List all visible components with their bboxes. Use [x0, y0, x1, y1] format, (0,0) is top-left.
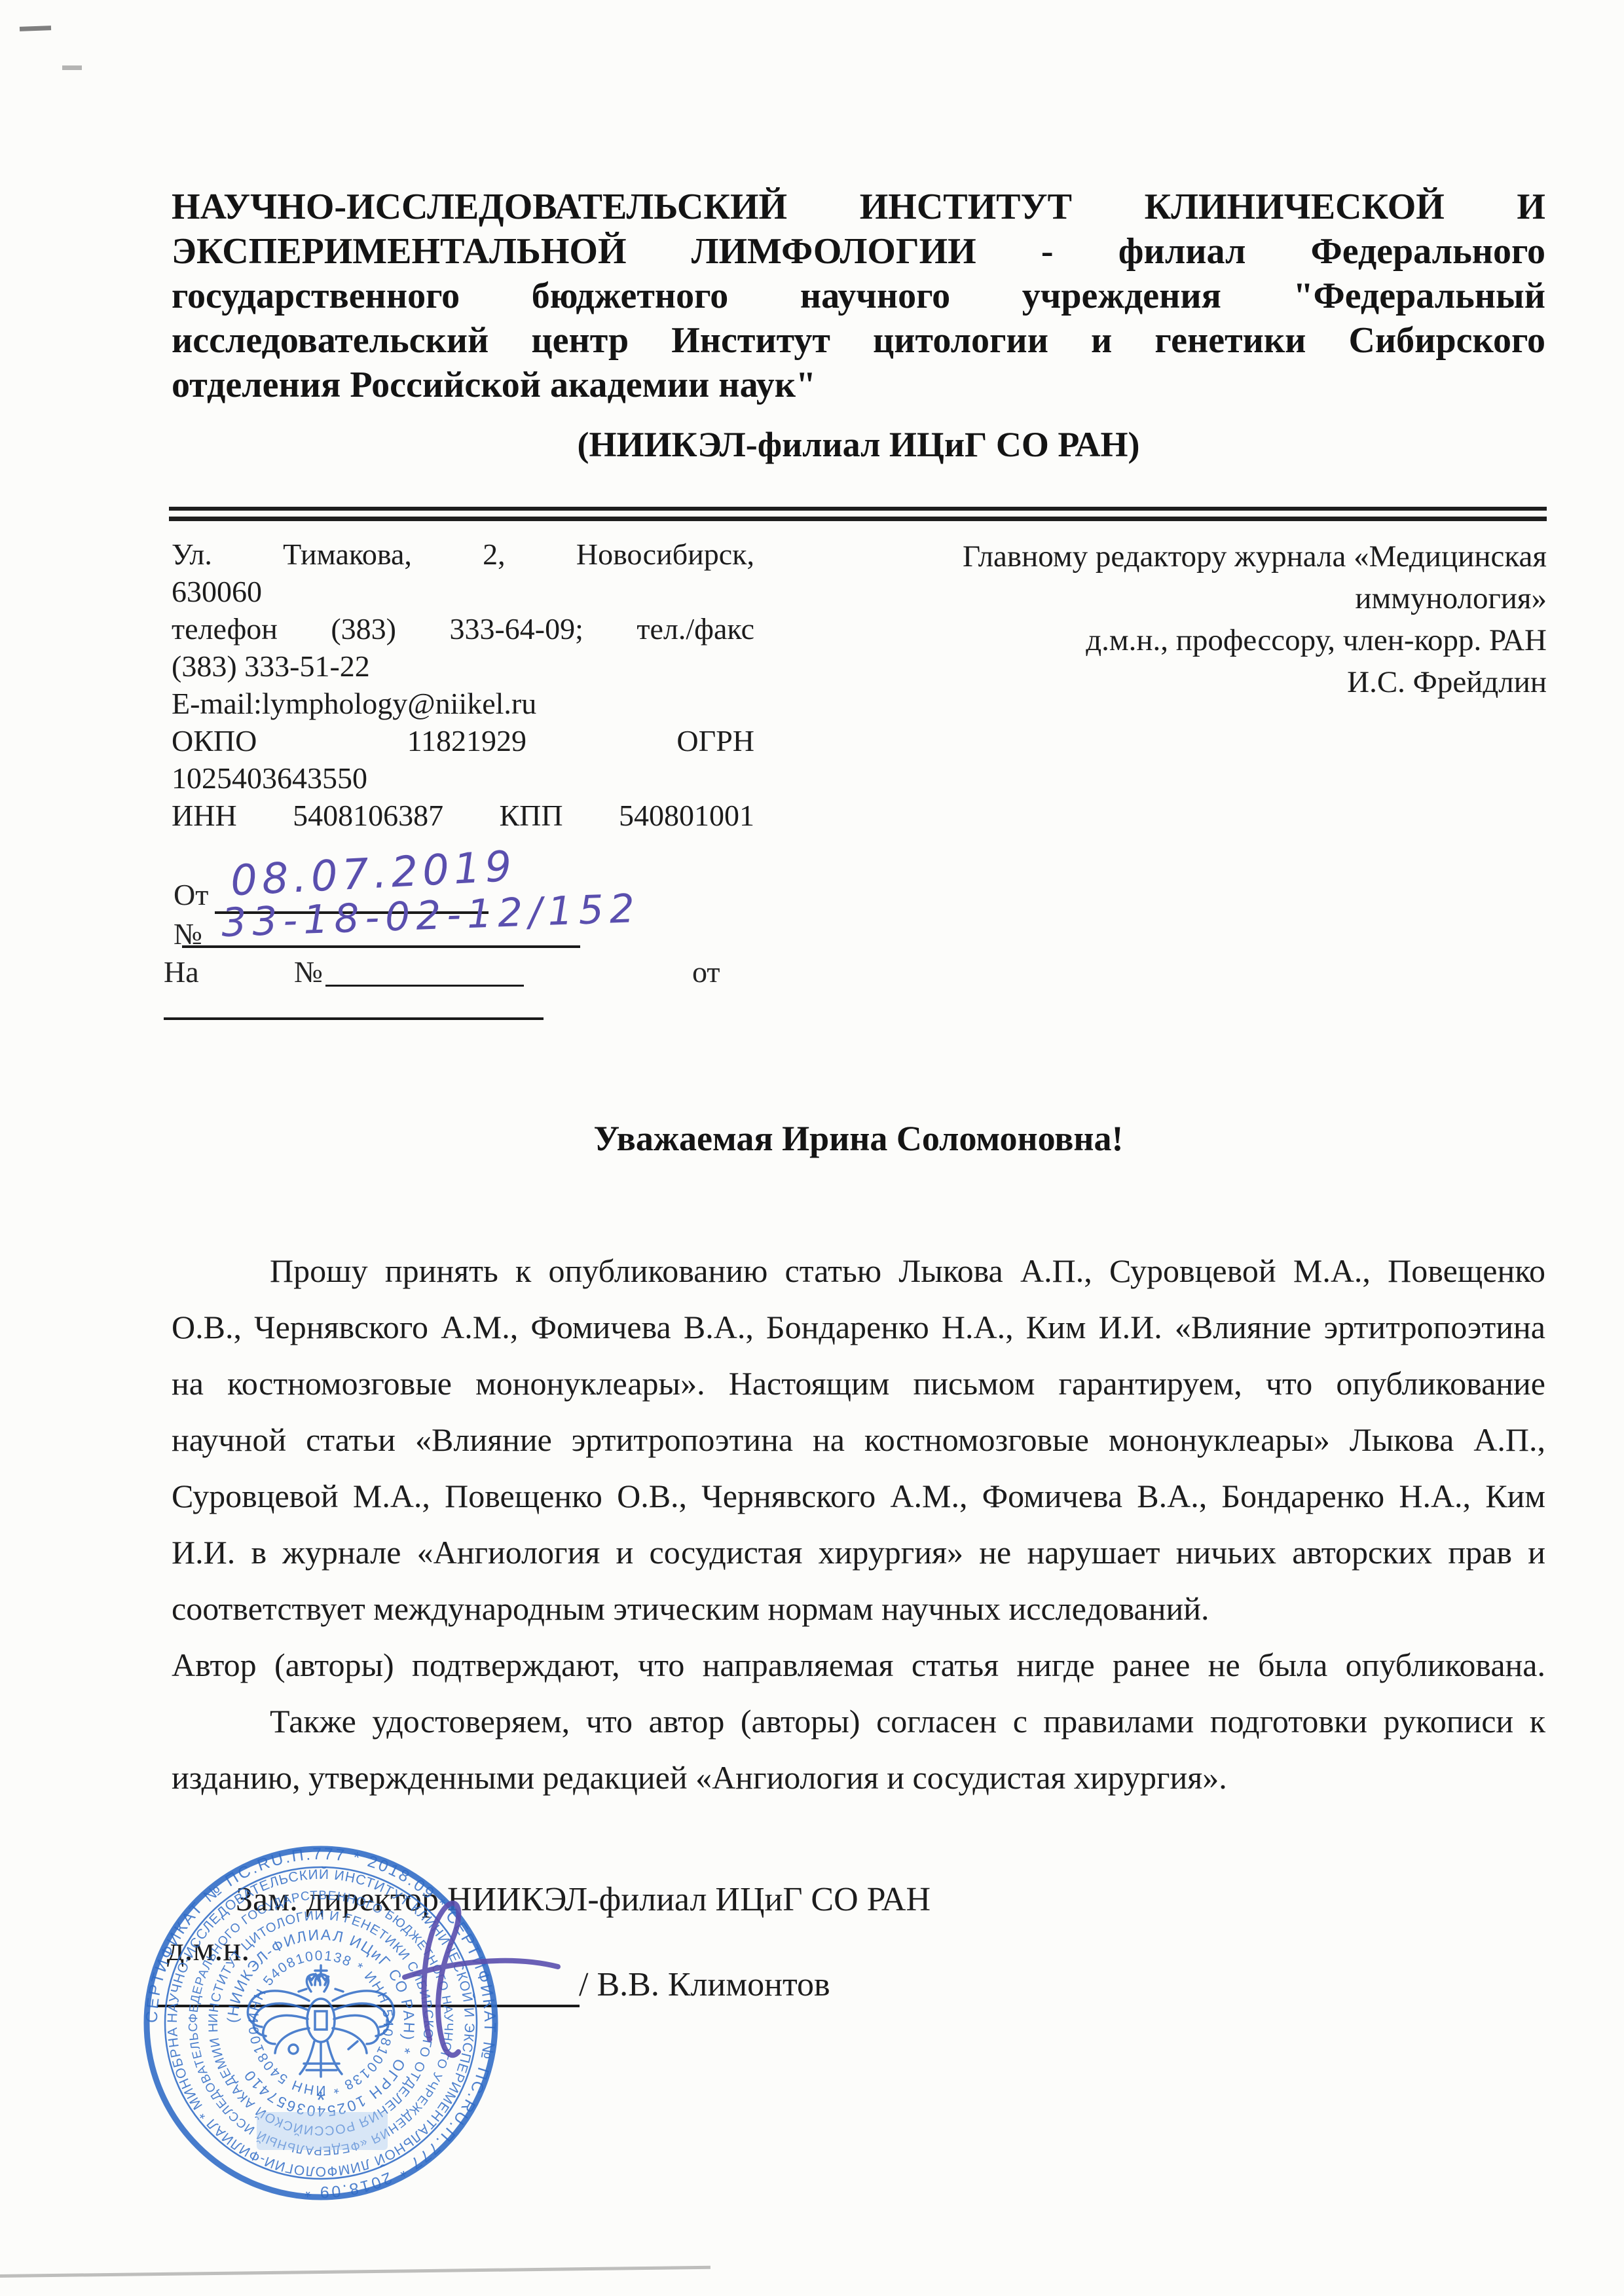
letterhead-line: ЭКСПЕРИМЕНТАЛЬНОЙ ЛИМФОЛОГИИ - филиал Фе… — [172, 229, 1545, 274]
contact-line: телефон (383) 333-64-09; тел./факс — [172, 610, 754, 647]
body-line: Суровцевой М.А., Повещенко О.В., Чернявс… — [172, 1468, 1545, 1524]
contact-line: Ул. Тимакова, 2, Новосибирск, — [172, 536, 754, 573]
handwritten-signature — [386, 1886, 583, 2075]
recipient-line: иммунология» — [863, 577, 1547, 619]
contact-line: 630060 — [172, 573, 754, 610]
number-underline — [182, 945, 580, 948]
reply-number-underline — [325, 985, 524, 987]
letterhead-divider-bottom — [169, 517, 1547, 521]
contact-line: ИНН 5408106387 КПП 540801001 — [172, 797, 754, 834]
body-line: изданию, утвержденными редакцией «Ангиол… — [172, 1749, 1545, 1806]
body-line: на костномозговые мононуклеары». Настоящ… — [172, 1355, 1545, 1412]
salutation: Уважаемая Ирина Соломоновна! — [172, 1118, 1545, 1159]
letterhead-short-name: (НИИКЭЛ-филиал ИЦиГ СО РАН) — [172, 424, 1545, 465]
stamp-hatch-band — [257, 2112, 388, 2150]
contact-line: ОКПО 11821929 ОГРН — [172, 722, 754, 759]
letterhead-line: отделения Российской академии наук" — [172, 363, 1545, 407]
letterhead-line: исследовательский центр Институт цитолог… — [172, 318, 1545, 363]
recipient-name: И.С. Фрейдлин — [863, 661, 1547, 703]
from-label: От — [174, 877, 208, 912]
body-line: соответствует международным этическим но… — [172, 1580, 1545, 1637]
contact-email: E-mail:lymphology@niikel.ru — [172, 685, 754, 722]
letterhead-divider-top — [169, 507, 1547, 511]
body-line: Прошу принять к опубликованию статью Лык… — [172, 1243, 1545, 1299]
stamp-center-mark: * — [316, 2086, 325, 2113]
reply-date-underline — [164, 1017, 544, 1020]
letter-body: Прошу принять к опубликованию статью Лык… — [172, 1243, 1545, 1806]
body-line: И.И. в журнале «Ангиология и сосудистая … — [172, 1524, 1545, 1580]
scan-corner-mark — [62, 65, 82, 70]
recipient-line: Главному редактору журнала «Медицинская — [863, 536, 1547, 577]
letterhead: НАУЧНО-ИССЛЕДОВАТЕЛЬСКИЙ ИНСТИТУТ КЛИНИЧ… — [172, 185, 1545, 465]
body-line: О.В., Чернявского А.М., Фомичева В.А., Б… — [172, 1299, 1545, 1355]
reply-from-label: от — [692, 955, 720, 989]
body-line: научной статьи «Влияние эртитропоэтина н… — [172, 1412, 1545, 1468]
letterhead-line: НАУЧНО-ИССЛЕДОВАТЕЛЬСКИЙ ИНСТИТУТ КЛИНИЧ… — [172, 185, 1545, 229]
body-line: Автор (авторы) подтверждают, что направл… — [172, 1637, 1545, 1693]
scanned-letter-page: НАУЧНО-ИССЛЕДОВАТЕЛЬСКИЙ ИНСТИТУТ КЛИНИЧ… — [0, 0, 1624, 2296]
contact-info-block: Ул. Тимакова, 2, Новосибирск, 630060 тел… — [172, 536, 754, 834]
recipient-line: д.м.н., профессору, член-корр. РАН — [863, 619, 1547, 661]
contact-line: 1025403643550 — [172, 759, 754, 797]
letterhead-line: государственного бюджетного научного учр… — [172, 274, 1545, 318]
body-line: Также удостоверяем, что автор (авторы) с… — [172, 1693, 1545, 1749]
reply-label: На — [164, 955, 199, 989]
scan-corner-mark — [20, 26, 51, 31]
recipient-block: Главному редактору журнала «Медицинская … — [863, 536, 1547, 703]
reply-number-label: № — [294, 955, 323, 989]
scan-artifact-line — [0, 2266, 710, 2278]
contact-line: (383) 333-51-22 — [172, 647, 754, 685]
signer-name: / В.В. Климонтов — [579, 1965, 830, 2004]
